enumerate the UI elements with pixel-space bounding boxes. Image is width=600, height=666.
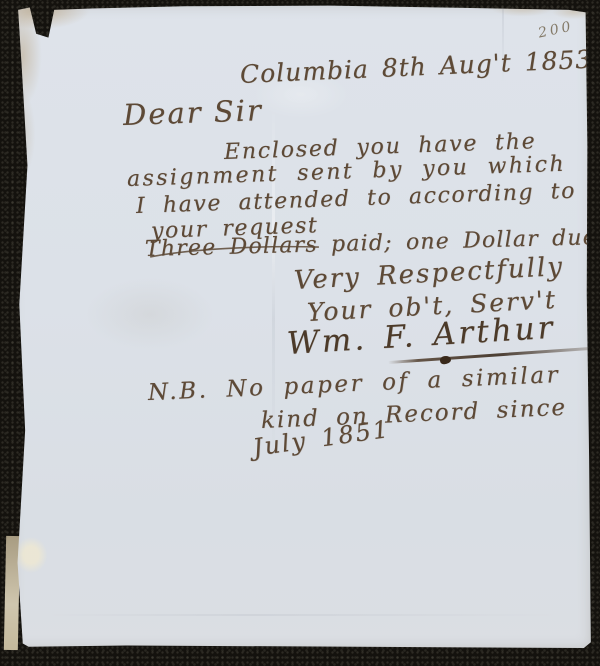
paper-crease-horizontal [40, 614, 570, 616]
letter-paper: 200 Columbia 8th Aug't 1853. Dear Sir En… [10, 4, 592, 650]
letter-salutation: Dear Sir [122, 93, 263, 132]
pencil-number-annotation: 200 [537, 18, 575, 41]
ink-blot [439, 355, 451, 365]
letter-dateline: Columbia 8th Aug't 1853. [239, 44, 600, 89]
under-page-edge [4, 536, 20, 650]
